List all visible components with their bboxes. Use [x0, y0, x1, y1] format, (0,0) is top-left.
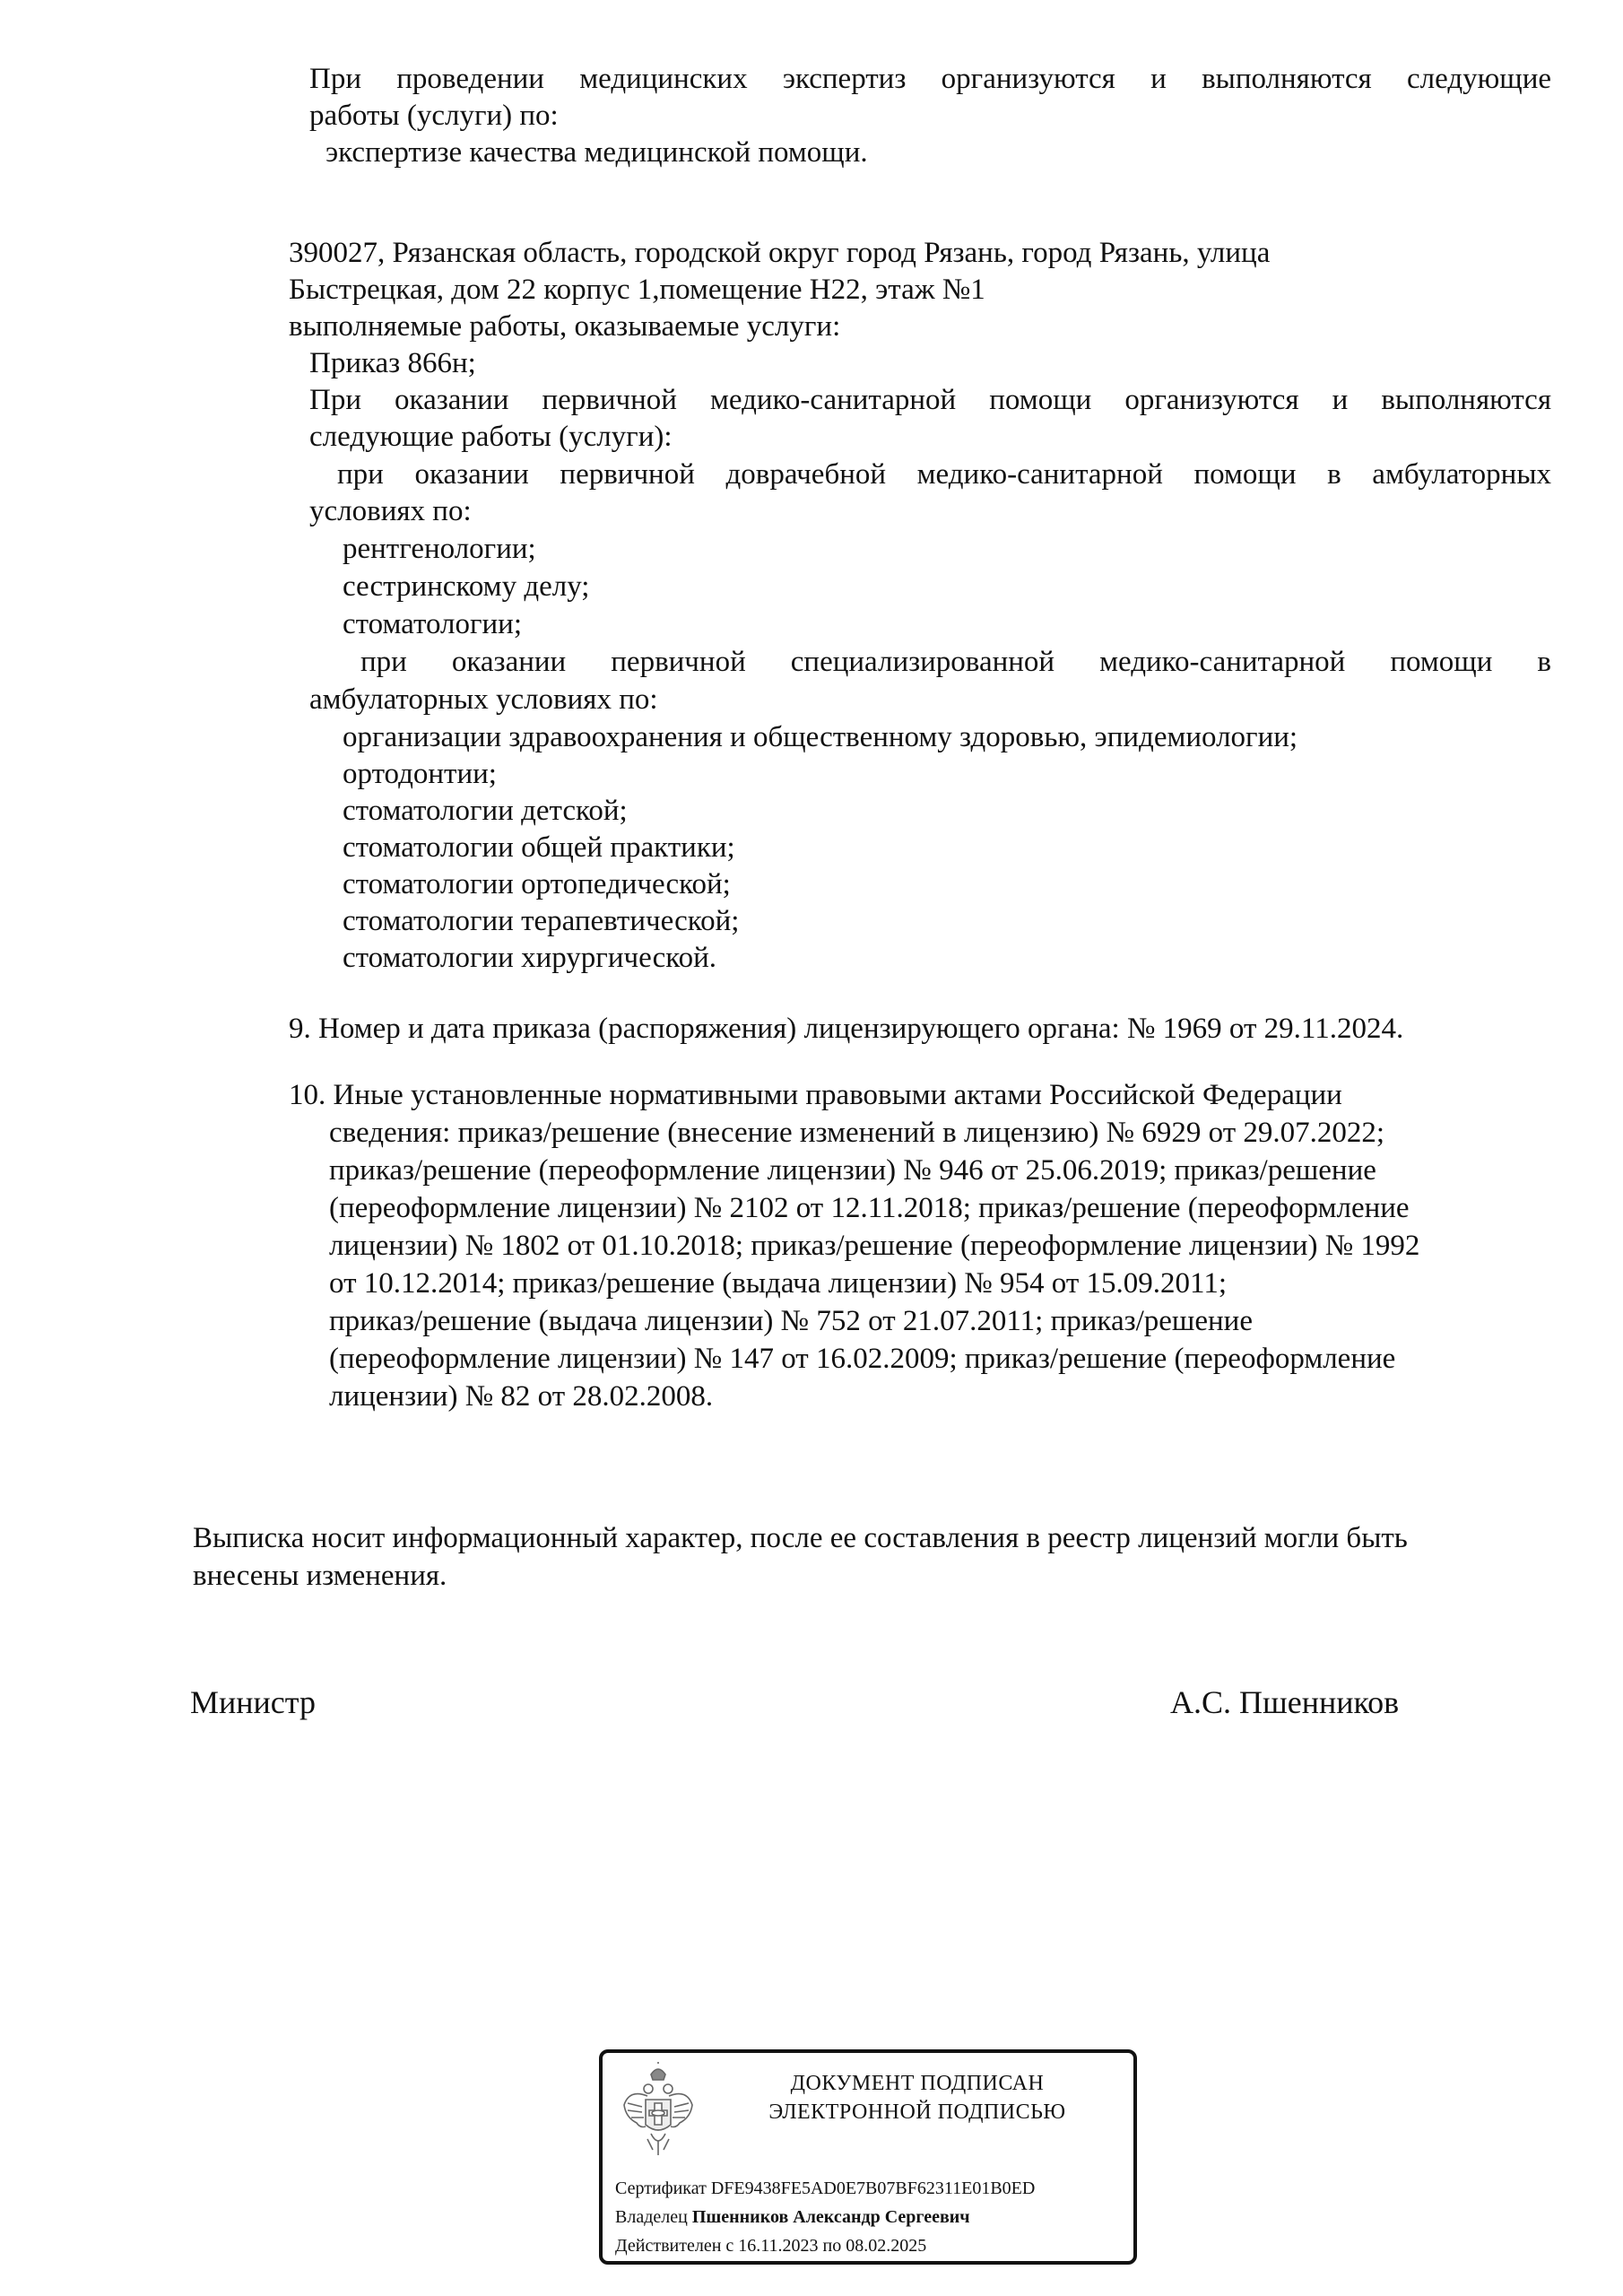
specialized-item: стоматологии детской; — [343, 793, 628, 830]
signature-title-line1: ДОКУМЕНТ ПОДПИСАН — [719, 2069, 1115, 2098]
specialized-line1: при оказании первичной специализированно… — [360, 644, 1551, 681]
prehospital-item: сестринскому делу; — [343, 569, 589, 605]
section-10-line: (переоформление лицензии) № 147 от 16.02… — [329, 1341, 1395, 1378]
certificate-row: Сертификат DFE9438FE5AD0E7B07BF62311E01B… — [615, 2177, 1035, 2200]
owner-label: Владелец — [615, 2207, 688, 2227]
prehospital-line2: условиях по: — [309, 493, 472, 530]
certificate-label: Сертификат — [615, 2179, 707, 2198]
specialized-item: стоматологии ортопедической; — [343, 866, 731, 903]
section-10-line: лицензии) № 1802 от 01.10.2018; приказ/р… — [329, 1228, 1419, 1265]
primary-care-line2: следующие работы (услуги): — [309, 419, 673, 456]
expertise-intro-line2: работы (услуги) по: — [309, 98, 559, 135]
coat-of-arms-emblem-icon — [621, 2062, 696, 2161]
owner-value: Пшенников Александр Сергеевич — [692, 2207, 970, 2227]
specialized-item: стоматологии общей практики; — [343, 830, 735, 866]
specialized-item: ортодонтии; — [343, 756, 497, 793]
certificate-value: DFE9438FE5AD0E7B07BF62311E01B0ED — [711, 2179, 1036, 2198]
specialized-item: стоматологии хирургической. — [343, 940, 716, 977]
address-line1: 390027, Рязанская область, городской окр… — [289, 235, 1270, 272]
section-10-line: от 10.12.2014; приказ/решение (выдача ли… — [329, 1265, 1227, 1302]
primary-care-line1: При оказании первичной медико-санитарной… — [309, 382, 1551, 419]
section-9-order-info: 9. Номер и дата приказа (распоряжения) л… — [289, 1011, 1403, 1048]
section-10-line: лицензии) № 82 от 28.02.2008. — [329, 1378, 713, 1415]
prehospital-item: стоматологии; — [343, 606, 522, 643]
electronic-signature-stamp: ДОКУМЕНТ ПОДПИСАН ЭЛЕКТРОННОЙ ПОДПИСЬЮ С… — [599, 2049, 1137, 2265]
signature-title-line2: ЭЛЕКТРОННОЙ ПОДПИСЬЮ — [719, 2098, 1115, 2126]
section-10-line: приказ/решение (выдача лицензии) № 752 о… — [329, 1303, 1253, 1340]
specialized-line2: амбулаторных условиях по: — [309, 682, 658, 718]
specialized-item: организации здравоохранения и общественн… — [343, 719, 1298, 756]
prehospital-line1: при оказании первичной доврачебной медик… — [337, 457, 1551, 493]
owner-row: Владелец Пшенников Александр Сергеевич — [615, 2205, 970, 2229]
address-line2: Быстрецкая, дом 22 корпус 1,помещение Н2… — [289, 272, 985, 309]
validity-period: Действителен с 16.11.2023 по 08.02.2025 — [615, 2234, 926, 2257]
section-10-line: (переоформление лицензии) № 2102 от 12.1… — [329, 1190, 1410, 1227]
prehospital-item: рентгенологии; — [343, 531, 536, 568]
section-10-line: приказ/решение (переоформление лицензии)… — [329, 1152, 1376, 1189]
section-10-line: сведения: приказ/решение (внесение измен… — [329, 1115, 1384, 1152]
signatory-name: А.С. Пшенников — [1170, 1684, 1399, 1721]
specialized-item: стоматологии терапевтической; — [343, 903, 739, 940]
works-label: выполняемые работы, оказываемые услуги: — [289, 309, 840, 345]
section-10-line: 10. Иные установленные нормативными прав… — [289, 1077, 1342, 1114]
order-reference: Приказ 866н; — [309, 345, 476, 382]
disclaimer-line2: внесены изменения. — [193, 1558, 447, 1595]
expertise-item: экспертизе качества медицинской помощи. — [325, 135, 868, 171]
disclaimer-line1: Выписка носит информационный характер, п… — [193, 1520, 1408, 1557]
expertise-intro-line1: При проведении медицинских экспертиз орг… — [309, 61, 1551, 98]
signatory-position: Министр — [190, 1684, 316, 1721]
